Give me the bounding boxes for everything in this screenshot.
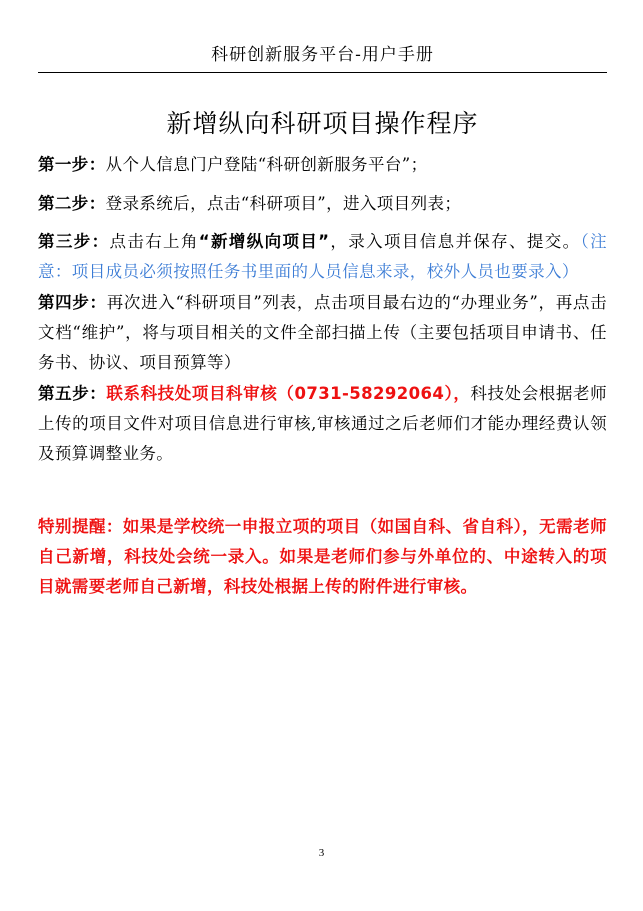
step-5-paragraph: 第五步：联系科技处项目科审核（0731-58292064），科技处会根据老师上传… xyxy=(38,379,607,469)
step-3-text-continued: ，录入项目信息并保存、提交。 xyxy=(329,232,580,251)
step-3-paragraph: 第三步：点击右上角“新增纵向项目”，录入项目信息并保存、提交。（注意：项目成员必… xyxy=(38,227,607,287)
page-number: 3 xyxy=(0,846,643,860)
page-header: 科研创新服务平台-用户手册 xyxy=(38,44,607,66)
special-reminder: 特别提醒：如果是学校统一申报立项的项目（如国自科、省自科），无需老师自己新增，科… xyxy=(38,512,607,602)
step-4-paragraph: 第四步：再次进入“科研项目”列表，点击项目最右边的“办理业务”，再点击文档“维护… xyxy=(38,288,607,378)
step-1-label: 第一步： xyxy=(38,155,106,174)
step-1-text: 从个人信息门户登陆“科研创新服务平台”； xyxy=(106,155,428,174)
step-3-label: 第三步： xyxy=(38,232,109,251)
step-1-paragraph: 第一步：从个人信息门户登陆“科研创新服务平台”； xyxy=(38,150,607,180)
document-title: 新增纵向科研项目操作程序 xyxy=(38,107,607,141)
header-divider xyxy=(38,72,607,73)
step-5-phone-number: 0731-58292064 xyxy=(294,384,444,403)
step-4-text: 再次进入“科研项目”列表，点击项目最右边的“办理业务”，再点击文档“维护”，将与… xyxy=(38,293,607,372)
step-3-button-reference: “新增纵向项目” xyxy=(199,232,330,251)
step-5-contact-close: ）， xyxy=(444,384,470,403)
step-2-text: 登录系统后，点击“科研项目”，进入项目列表； xyxy=(106,194,462,213)
step-2-label: 第二步： xyxy=(38,194,106,213)
step-5-contact: 联系科技处项目科审核（ xyxy=(106,384,294,403)
step-5-label: 第五步： xyxy=(38,384,106,403)
step-3-text: 点击右上角 xyxy=(109,232,198,251)
step-4-label: 第四步： xyxy=(38,293,107,312)
step-2-paragraph: 第二步：登录系统后，点击“科研项目”，进入项目列表； xyxy=(38,189,607,219)
